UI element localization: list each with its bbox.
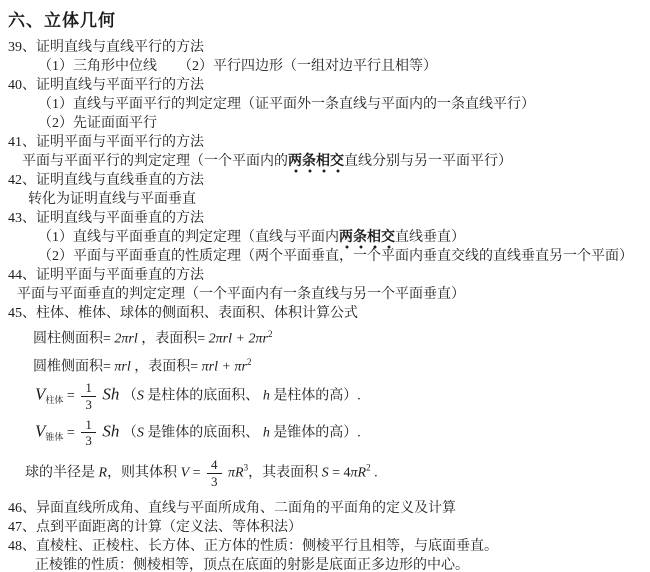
fraction-denominator: 3 bbox=[207, 474, 222, 489]
text-segment: 是柱体的高）. bbox=[273, 389, 361, 404]
superscript: 2 bbox=[268, 329, 273, 339]
formula-label: 圆椎侧面积= bbox=[33, 359, 111, 374]
superscript: 2 bbox=[247, 357, 252, 367]
text-segment: 直线分别与另一平面平行） bbox=[344, 154, 512, 169]
item-43-method-1: （1）直线与平面垂直的判定定理（直线与平面内两条相交直线垂直） bbox=[38, 228, 648, 247]
subscript: 锥体 bbox=[45, 432, 63, 442]
item-40-method-1: （1）直线与平面平行的判定定理（证平面外一条直线与平面内的一条直线平行） bbox=[38, 95, 648, 114]
fraction: 13 bbox=[80, 418, 97, 448]
item-47-head: 47、点到平面距离的计算（定义法、等体积法） bbox=[8, 518, 648, 537]
text-segment: ，其表面积 bbox=[248, 465, 318, 480]
fraction-denominator: 3 bbox=[81, 397, 96, 412]
section-title: 六、立体几何 bbox=[8, 6, 648, 31]
fraction-numerator: 1 bbox=[81, 418, 96, 434]
math-variable: h bbox=[263, 389, 270, 404]
item-40-method-2: （2）先证面面平行 bbox=[38, 114, 648, 133]
fraction-denominator: 3 bbox=[81, 433, 96, 448]
math-variable: S bbox=[137, 389, 144, 404]
fraction: 43 bbox=[206, 458, 223, 488]
item-42-head: 42、证明直线与直线垂直的方法 bbox=[8, 171, 648, 190]
item-40-head: 40、证明直线与平面平行的方法 bbox=[8, 76, 648, 95]
text-segment: （1）直线与平面垂直的判定定理（直线与平面内 bbox=[38, 230, 339, 245]
math-expression: 2πrl bbox=[114, 332, 137, 347]
math-variable: h bbox=[263, 425, 270, 440]
math-expression: 2πrl + 2πr bbox=[209, 332, 268, 347]
text-segment: ，则其体积 bbox=[107, 465, 177, 480]
document-page: 六、立体几何 39、证明直线与直线平行的方法 （1）三角形中位线 （2）平行四边… bbox=[0, 0, 650, 572]
item-39-methods: （1）三角形中位线 （2）平行四边形（一组对边平行且相等） bbox=[38, 57, 648, 76]
math-expression: πR bbox=[228, 465, 244, 480]
math-expression: πrl + πr bbox=[202, 359, 247, 374]
period: . bbox=[374, 465, 378, 480]
item-41-theorem: 平面与平面平行的判定定理（一个平面内的两条相交直线分别与另一平面平行） bbox=[22, 152, 648, 171]
formula-cylinder-area: 圆柱侧面积= 2πrl ，表面积= 2πrl + 2πr2 bbox=[33, 323, 648, 351]
equals-sign: = bbox=[193, 465, 201, 480]
formula-sphere: 球的半径是 R，则其体积 V = 43 πR3，其表面积 S = 4πR2 . bbox=[25, 455, 648, 491]
math-variable: S bbox=[137, 425, 144, 440]
superscript: 2 bbox=[366, 463, 371, 473]
math-expression: Sh bbox=[102, 421, 119, 440]
equals-sign: = bbox=[67, 389, 75, 404]
formula-label: ，表面积= bbox=[134, 359, 198, 374]
equals-sign: = 4 bbox=[332, 465, 350, 480]
text-segment: 球的半径是 bbox=[25, 465, 95, 480]
math-variable: V bbox=[35, 385, 45, 404]
item-44-head: 44、证明平面与平面垂直的方法 bbox=[8, 266, 648, 285]
fraction-numerator: 4 bbox=[207, 458, 222, 474]
math-expression: πrl bbox=[114, 359, 130, 374]
paren-open: （ bbox=[123, 425, 137, 440]
math-expression: πR bbox=[351, 465, 367, 480]
text-segment: 平面与平面平行的判定定理（一个平面内的 bbox=[22, 154, 288, 169]
subscript: 柱体 bbox=[45, 395, 63, 405]
math-expression: Sh bbox=[102, 385, 119, 404]
equals-sign: = bbox=[67, 425, 75, 440]
math-variable: V bbox=[35, 421, 45, 440]
text-segment: 直线垂直） bbox=[395, 230, 465, 245]
math-variable: V bbox=[181, 465, 190, 480]
fraction-numerator: 1 bbox=[81, 381, 96, 397]
formula-volume-prism: V柱体 = 13 Sh （S 是柱体的底面积、 h 是柱体的高）. bbox=[35, 378, 648, 414]
formula-label: 圆柱侧面积= bbox=[33, 332, 111, 347]
formula-label: ，表面积= bbox=[141, 332, 205, 347]
item-43-method-2: （2）平面与平面垂直的性质定理（两个平面垂直，一个平面内垂直交线的直线垂直另一个… bbox=[38, 247, 648, 266]
math-variable: S bbox=[322, 465, 329, 480]
emphasized-keyword: 两条相交 bbox=[288, 154, 344, 173]
item-41-head: 41、证明平面与平面平行的方法 bbox=[8, 133, 648, 152]
item-48-note: 正棱锥的性质：侧棱相等，顶点在底面的射影是底面正多边形的中心。 bbox=[35, 556, 648, 572]
paren-open: （ bbox=[123, 389, 137, 404]
item-42-note: 转化为证明直线与平面垂直 bbox=[28, 190, 648, 209]
text-segment: 是锥体的底面积、 bbox=[147, 425, 259, 440]
item-46-head: 46、异面直线所成角、直线与平面所成角、二面角的平面角的定义及计算 bbox=[8, 499, 648, 518]
item-39-head: 39、证明直线与直线平行的方法 bbox=[8, 38, 648, 57]
item-48-head: 48、直棱柱、正棱柱、长方体、正方体的性质：侧棱平行且相等，与底面垂直。 bbox=[8, 537, 648, 556]
formula-volume-cone: V锥体 = 13 Sh （S 是锥体的底面积、 h 是锥体的高）. bbox=[35, 415, 648, 451]
math-variable: R bbox=[99, 465, 108, 480]
item-45-head: 45、柱体、椎体、球体的侧面积、表面积、体积计算公式 bbox=[8, 304, 648, 323]
item-43-head: 43、证明直线与平面垂直的方法 bbox=[8, 209, 648, 228]
text-segment: 是锥体的高）. bbox=[273, 425, 361, 440]
fraction: 13 bbox=[80, 381, 97, 411]
text-segment: 是柱体的底面积、 bbox=[147, 389, 259, 404]
formula-cone-area: 圆椎侧面积= πrl ，表面积= πrl + πr2 bbox=[33, 351, 648, 379]
item-44-theorem: 平面与平面垂直的判定定理（一个平面内有一条直线与另一个平面垂直） bbox=[17, 285, 648, 304]
